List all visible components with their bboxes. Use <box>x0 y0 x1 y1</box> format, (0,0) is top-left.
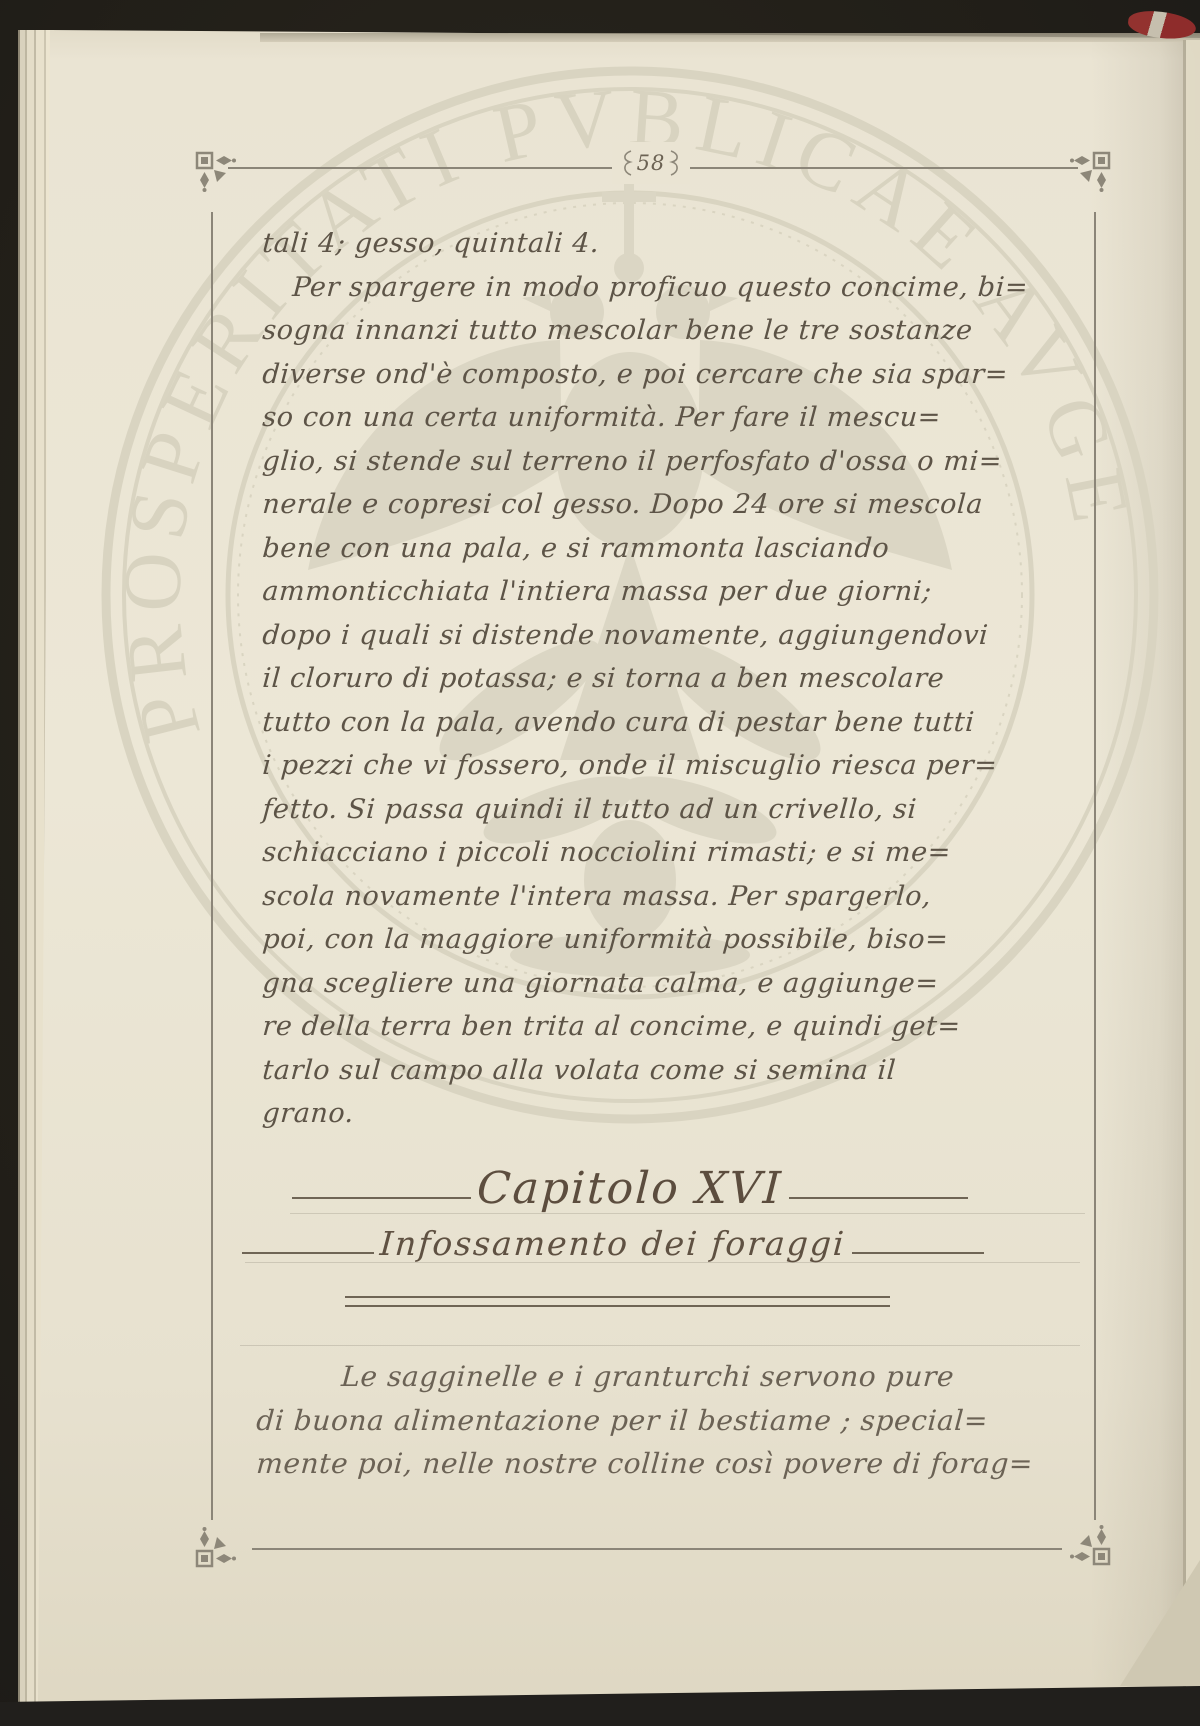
chapter-subtitle: Infossamento dei foraggi <box>379 1224 847 1263</box>
manuscript-line: ammonticchiata l'intiera massa per due g… <box>260 576 963 620</box>
corner-ornament-icon <box>1069 1524 1117 1572</box>
page-top-edge <box>260 33 1200 42</box>
manuscript-line: Le sagginelle e i granturchi servono pur… <box>254 1360 977 1404</box>
corner-ornament-icon <box>189 1526 237 1574</box>
manuscript-line: mente poi, nelle nostre colline così pov… <box>254 1447 977 1491</box>
manuscript-line: tarlo sul campo alla volata come si semi… <box>260 1055 963 1099</box>
manuscript-line: re della terra ben trita al concime, e q… <box>260 1011 963 1055</box>
manuscript-line: gna scegliere una giornata calma, e aggi… <box>260 968 963 1012</box>
manuscript-line: glio, si stende sul terreno il perfosfat… <box>260 446 963 490</box>
page-number-cartouche: 58 <box>612 142 690 184</box>
manuscript-line: nerale e copresi col gesso. Dopo 24 ore … <box>260 489 963 533</box>
scanned-book-photo: PROSPERITATI PVBLICAE AVGE <box>0 0 1200 1726</box>
manuscript-line: tali 4; gesso, quintali 4. <box>260 228 963 272</box>
manuscript-line: fetto. Si passa quindi il tutto ad un cr… <box>260 794 963 838</box>
chapter-title: Capitolo XVI <box>476 1163 784 1214</box>
manuscript-line: di buona alimentazione per il bestiame ;… <box>254 1404 977 1448</box>
heading-double-rule <box>345 1296 890 1307</box>
manuscript-opening-paragraphs: tali 4; gesso, quintali 4.Per spargere i… <box>262 228 962 1142</box>
underlying-page <box>1186 40 1200 1690</box>
manuscript-line: tutto con la pala, avendo cura di pestar… <box>260 707 963 751</box>
frame-left-rule <box>211 212 213 1520</box>
manuscript-line: so con una certa uniformità. Per fare il… <box>260 402 963 446</box>
manuscript-line: i pezzi che vi fossero, onde il miscugli… <box>260 750 963 794</box>
frame-top-rule-left <box>228 167 612 169</box>
corner-ornament-icon <box>1069 145 1117 193</box>
frame-bottom-rule <box>252 1548 1062 1550</box>
flourish-left-icon <box>621 149 633 177</box>
corner-ornament-icon <box>189 145 237 193</box>
manuscript-line: poi, con la maggiore uniformità possibil… <box>260 924 963 968</box>
chapter-subtitle-row: Infossamento dei foraggi <box>242 1224 984 1263</box>
manuscript-line: schiacciano i piccoli nocciolini rimasti… <box>260 837 963 881</box>
manuscript-line: sogna innanzi tutto mescolar bene le tre… <box>260 315 963 359</box>
frame-top-rule-right <box>690 167 1078 169</box>
chapter-heading-row: Capitolo XVI <box>292 1163 968 1214</box>
manuscript-line: dopo i quali si distende novamente, aggi… <box>260 620 963 664</box>
manuscript-closing-paragraph: Le sagginelle e i granturchi servono pur… <box>256 1360 976 1491</box>
manuscript-line: grano. <box>260 1098 963 1142</box>
flourish-right-icon <box>669 149 681 177</box>
manuscript-line: bene con una pala, e si rammonta lascian… <box>260 533 963 577</box>
frame-right-rule <box>1094 212 1096 1520</box>
faint-guide-line <box>240 1345 1080 1346</box>
manuscript-line: diverse ond'è composto, e poi cercare ch… <box>260 359 963 403</box>
manuscript-line: Per spargere in modo proficuo questo con… <box>260 272 963 316</box>
manuscript-line: scola novamente l'intera massa. Per spar… <box>260 881 963 925</box>
manuscript-line: il cloruro di potassa; e si torna a ben … <box>260 663 963 707</box>
page-number: 58 <box>637 151 666 175</box>
